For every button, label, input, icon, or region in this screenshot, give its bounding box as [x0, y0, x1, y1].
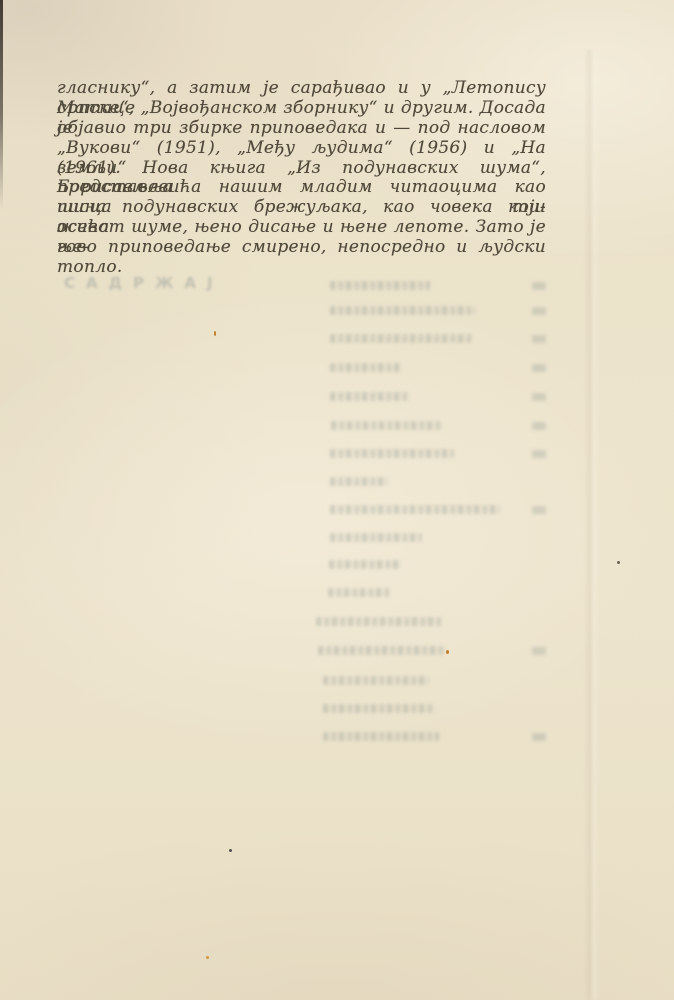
paper-speck: [229, 849, 232, 852]
showthrough-page-number: [532, 307, 546, 315]
text-line: (1961). Нова књига „Из подунавских шума“…: [57, 159, 546, 179]
showthrough-line: [330, 281, 430, 290]
paper-speck: [214, 331, 216, 336]
showthrough-line: [330, 306, 475, 315]
text-line: српске“, „Војвођанском зборнику“ и други…: [57, 99, 546, 119]
showthrough-line: [330, 392, 410, 401]
showthrough-line: [330, 449, 454, 458]
intro-paragraph: гласнику“, а затим је сарађивао и у „Лет…: [57, 79, 546, 258]
text-line: „Вукови“ (1951), „Међу људима“ (1956) и …: [57, 139, 546, 159]
showthrough-page-number: [532, 422, 546, 430]
showthrough-line: [331, 421, 443, 430]
text-line: гласнику“, а затим је сарађивао и у „Лет…: [57, 79, 546, 99]
showthrough-line: [330, 477, 388, 486]
text-line: Борисављевића нашим младим читаоцима као…: [57, 178, 546, 198]
scanned-book-page: гласнику“, а затим је сарађивао и у „Лет…: [0, 0, 674, 1000]
showthrough-page-number: [532, 506, 546, 514]
showthrough-line: [323, 676, 429, 685]
showthrough-page-number: [532, 335, 546, 343]
showthrough-line: [328, 588, 390, 597]
text-line: шина подунавских брежуљака, као човека к…: [57, 198, 546, 218]
text-line: живот шуме, њено дисање и њене лепоте. З…: [57, 218, 546, 238]
showthrough-page-number: [532, 393, 546, 401]
showthrough-page-number: [532, 450, 546, 458]
showthrough-line: [330, 334, 472, 343]
showthrough-line: [330, 363, 402, 372]
showthrough-page-number: [532, 647, 546, 655]
showthrough-line: [330, 533, 422, 542]
showthrough-page-number: [532, 733, 546, 741]
text-line: гово приповедање смирено, непосредно и љ…: [57, 238, 546, 258]
paper-speck: [446, 650, 449, 654]
showthrough-contents-title: САДРЖАЈ: [64, 274, 224, 292]
showthrough-page-number: [532, 364, 546, 372]
paper-speck: [617, 561, 620, 564]
showthrough-line: [316, 617, 442, 626]
showthrough-line: [323, 704, 435, 713]
text-line: објавио три збирке приповедака и — под н…: [57, 119, 546, 139]
scan-edge-shadow: [0, 0, 3, 210]
showthrough-line: [330, 505, 500, 514]
paper-crease: [584, 50, 600, 1000]
showthrough-line: [323, 732, 439, 741]
paper-speck: [206, 956, 209, 959]
showthrough-page-number: [532, 282, 546, 290]
showthrough-line: [318, 646, 446, 655]
showthrough-line: [329, 560, 401, 569]
